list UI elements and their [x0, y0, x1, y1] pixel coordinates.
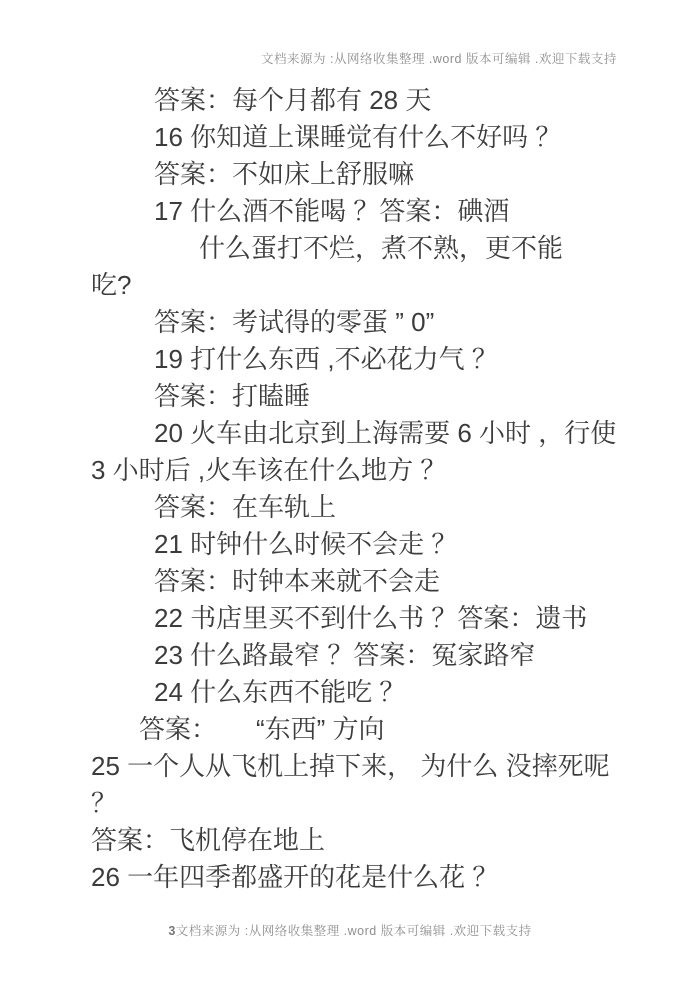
document-line: 25 一个人从飞机上掉下来， 为什么 没摔死呢 [91, 748, 650, 785]
document-body: 答案：每个月都有 28 天16 你知道上课睡觉有什么不好吗 ？答案：不如床上舒服… [91, 82, 650, 896]
document-line: 答案：不如床上舒服嘛 [91, 156, 650, 193]
page-number: 3 [168, 924, 175, 938]
document-page: 文档来源为 :从网络收集整理 .word 版本可编辑 .欢迎下载支持 答案：每个… [0, 0, 700, 991]
footer-note: 文档来源为 :从网络收集整理 .word 版本可编辑 .欢迎下载支持 [176, 924, 532, 938]
document-line: 答案：考试得的零蛋 ” 0” [91, 304, 650, 341]
document-line: 21 时钟什么时候不会走 ？ [91, 526, 650, 563]
document-line: 答案：飞机停在地上 [91, 822, 650, 859]
document-line: 答案：在车轨上 [91, 489, 650, 526]
document-line: 答案： “东西” 方向 [91, 711, 650, 748]
document-line: 20 火车由北京到上海需要 6 小时 ，行使 [91, 415, 650, 452]
document-line: 答案：打瞌睡 [91, 378, 650, 415]
document-line: 3 小时后 ,火车该在什么地方 ？ [91, 452, 650, 489]
document-line: 22 书店里买不到什么书 ？答案：遗书 [91, 600, 650, 637]
document-line: 吃? [91, 267, 650, 304]
document-line: 24 什么东西不能吃 ？ [91, 674, 650, 711]
document-line: 26 一年四季都盛开的花是什么花 ？ [91, 859, 650, 896]
header-note: 文档来源为 :从网络收集整理 .word 版本可编辑 .欢迎下载支持 [261, 49, 617, 67]
document-line: 什么蛋打不烂，煮不熟，更不能 [91, 230, 650, 267]
document-line: ？ [91, 785, 650, 822]
document-line: 19 打什么东西 ,不必花力气 ？ [91, 341, 650, 378]
document-line: 答案：每个月都有 28 天 [91, 82, 650, 119]
page-footer: 3文档来源为 :从网络收集整理 .word 版本可编辑 .欢迎下载支持 [0, 921, 700, 939]
document-line: 23 什么路最窄 ？答案：冤家路窄 [91, 637, 650, 674]
document-line: 17 什么酒不能喝 ？答案：碘酒 [91, 193, 650, 230]
document-line: 答案：时钟本来就不会走 [91, 563, 650, 600]
document-line: 16 你知道上课睡觉有什么不好吗 ？ [91, 119, 650, 156]
